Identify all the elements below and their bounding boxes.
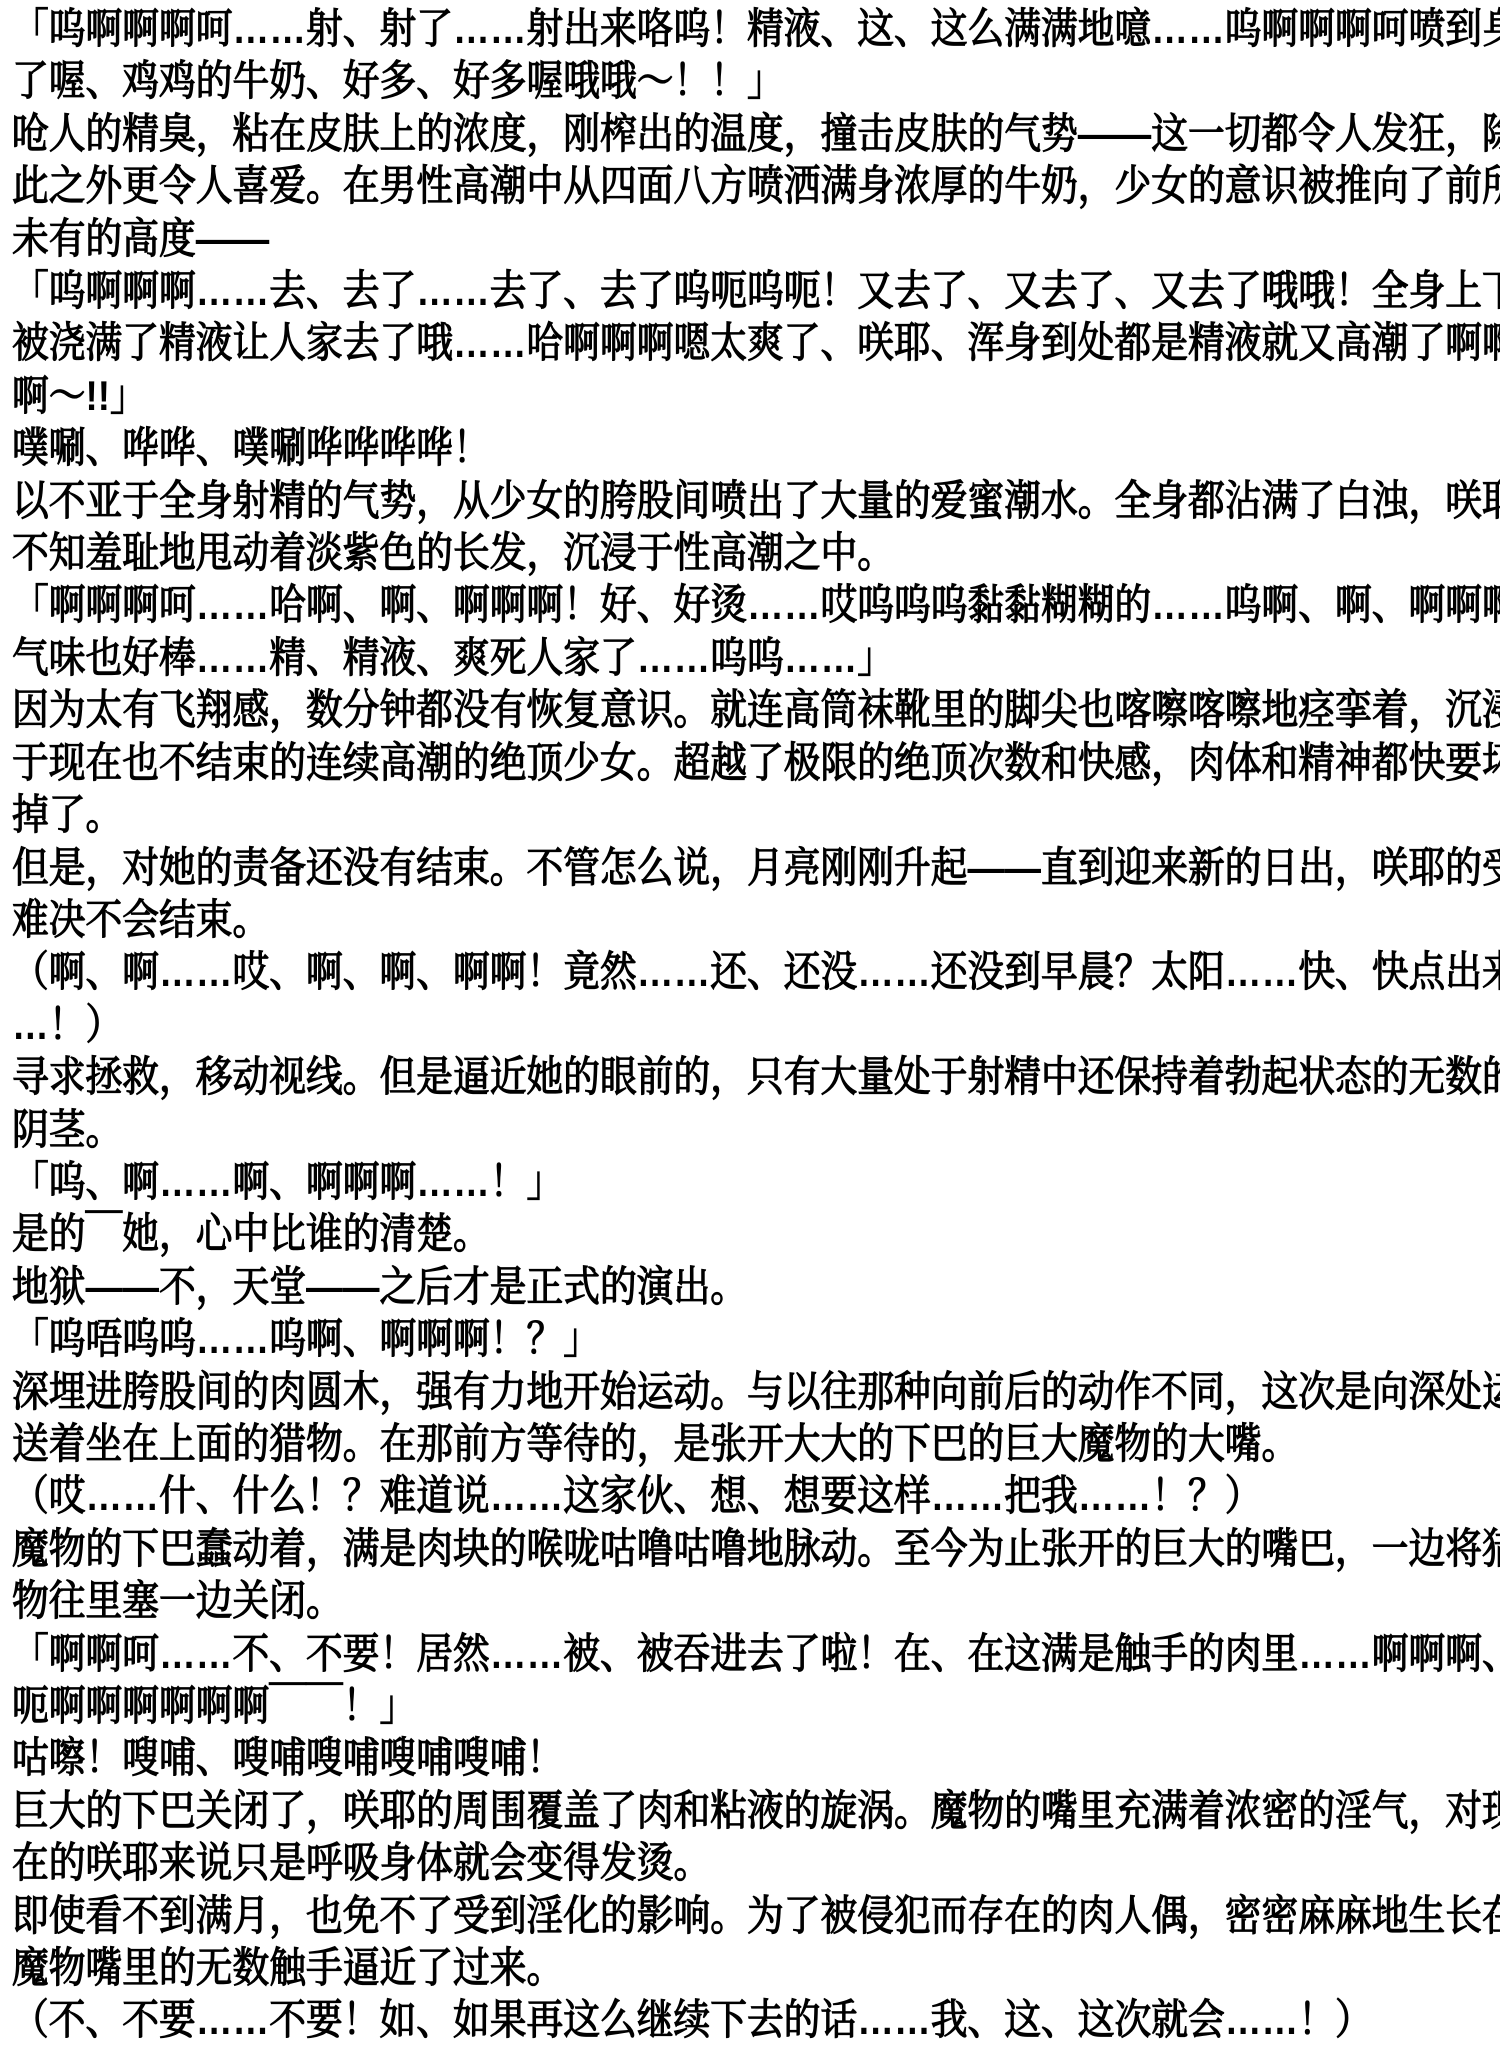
text-line: 被浇满了精液让人家去了哦……哈啊啊啊嗯太爽了、咲耶、浑身到处都是精液就又高潮了啊… — [12, 317, 1500, 369]
text-line: 但是，对她的责备还没有结束。不管怎么说，月亮刚刚升起——直到迎来新的日出，咲耶的… — [12, 842, 1500, 894]
text-line: 此之外更令人喜爱。在男性高潮中从四面八方喷洒满身浓厚的牛奶，少女的意识被推向了前… — [12, 160, 1500, 212]
text-line: 难决不会结束。 — [12, 894, 1500, 946]
text-line: 「啊啊呵……不、不要！居然……被、被吞进去了啦！在、在这满是触手的肉里……啊啊啊… — [12, 1628, 1500, 1680]
text-line: （哎……什、什么！？难道说……这家伙、想、想要这样……把我……！？） — [12, 1470, 1500, 1522]
text-line: （不、不要……不要！如、如果再这么继续下去的话……我、这、这次就会……！） — [12, 1994, 1500, 2046]
text-line: 「呜唔呜呜……呜啊、啊啊啊！？」 — [12, 1313, 1500, 1365]
text-line: 因为太有飞翔感，数分钟都没有恢复意识。就连高筒袜靴里的脚尖也喀嚓喀嚓地痉挛着，沉… — [12, 684, 1500, 736]
text-line: 咕嚓！嗖哺、嗖哺嗖哺嗖哺嗖哺！ — [12, 1732, 1500, 1784]
text-block: 「呜啊啊啊呵……射、射了……射出来咯呜！精液、这、这么满满地噫……呜啊啊啊呵喷到… — [12, 3, 1500, 2047]
text-line: （啊、啊……哎、啊、啊、啊啊！竟然……还、还没……还没到早晨？太阳……快、快点出… — [12, 946, 1500, 998]
text-line: …！） — [12, 999, 1500, 1051]
text-line: 送着坐在上面的猎物。在那前方等待的，是张开大大的下巴的巨大魔物的大嘴。 — [12, 1418, 1500, 1470]
text-line: 深埋进胯股间的肉圆木，强有力地开始运动。与以往那种向前后的动作不同，这次是向深处… — [12, 1366, 1500, 1418]
text-line: 呛人的精臭，粘在皮肤上的浓度，刚榨出的温度，撞击皮肤的气势——这一切都令人发狂，… — [12, 108, 1500, 160]
text-line: 在的咲耶来说只是呼吸身体就会变得发烫。 — [12, 1837, 1500, 1889]
text-line: 不知羞耻地甩动着淡紫色的长发，沉浸于性高潮之中。 — [12, 527, 1500, 579]
text-line: 以不亚于全身射精的气势，从少女的胯股间喷出了大量的爱蜜潮水。全身都沾满了白浊，咲… — [12, 475, 1500, 527]
text-line: 物往里塞一边关闭。 — [12, 1575, 1500, 1627]
text-line: 巨大的下巴关闭了，咲耶的周围覆盖了肉和粘液的旋涡。魔物的嘴里充满着浓密的淫气，对… — [12, 1785, 1500, 1837]
document-page: 「呜啊啊啊呵……射、射了……射出来咯呜！精液、这、这么满满地噫……呜啊啊啊呵喷到… — [0, 0, 1500, 2048]
text-line: 阴茎。 — [12, 1104, 1500, 1156]
text-line: 魔物的下巴蠢动着，满是肉块的喉咙咕噜咕噜地脉动。至今为止张开的巨大的嘴巴，一边将… — [12, 1523, 1500, 1575]
text-line: 是的￣她，心中比谁的清楚。 — [12, 1208, 1500, 1260]
text-line: 掉了。 — [12, 789, 1500, 841]
text-line: 「啊啊啊呵……哈啊、啊、啊啊啊！好、好烫……哎呜呜呜黏黏糊糊的……呜啊、啊、啊啊… — [12, 579, 1500, 631]
text-line: 啊～!!」 — [12, 370, 1500, 422]
text-line: 魔物嘴里的无数触手逼近了过来。 — [12, 1942, 1500, 1994]
text-line: 「呜啊啊啊……去、去了……去了、去了呜呃呜呃！又去了、又去了、又去了哦哦！全身上… — [12, 265, 1500, 317]
text-line: 于现在也不结束的连续高潮的绝顶少女。超越了极限的绝顶次数和快感，肉体和精神都快要… — [12, 737, 1500, 789]
text-line: 寻求拯救，移动视线。但是逼近她的眼前的，只有大量处于射精中还保持着勃起状态的无数… — [12, 1051, 1500, 1103]
text-line: 即使看不到满月，也免不了受到淫化的影响。为了被侵犯而存在的肉人偶，密密麻麻地生长… — [12, 1890, 1500, 1942]
text-line: 呃啊啊啊啊啊啊￣￣！」 — [12, 1680, 1500, 1732]
text-line: 气味也好棒……精、精液、爽死人家了……呜呜……」 — [12, 632, 1500, 684]
text-line: 未有的高度—— — [12, 213, 1500, 265]
text-line: 「呜啊啊啊呵……射、射了……射出来咯呜！精液、这、这么满满地噫……呜啊啊啊呵喷到… — [12, 3, 1500, 55]
text-line: 噗唰、哗哗、噗唰哗哗哗哗！ — [12, 422, 1500, 474]
text-line: 「呜、啊……啊、啊啊啊……！」 — [12, 1156, 1500, 1208]
text-line: 了喔、鸡鸡的牛奶、好多、好多喔哦哦～！！」 — [12, 55, 1500, 107]
text-line: 地狱——不，天堂——之后才是正式的演出。 — [12, 1261, 1500, 1313]
